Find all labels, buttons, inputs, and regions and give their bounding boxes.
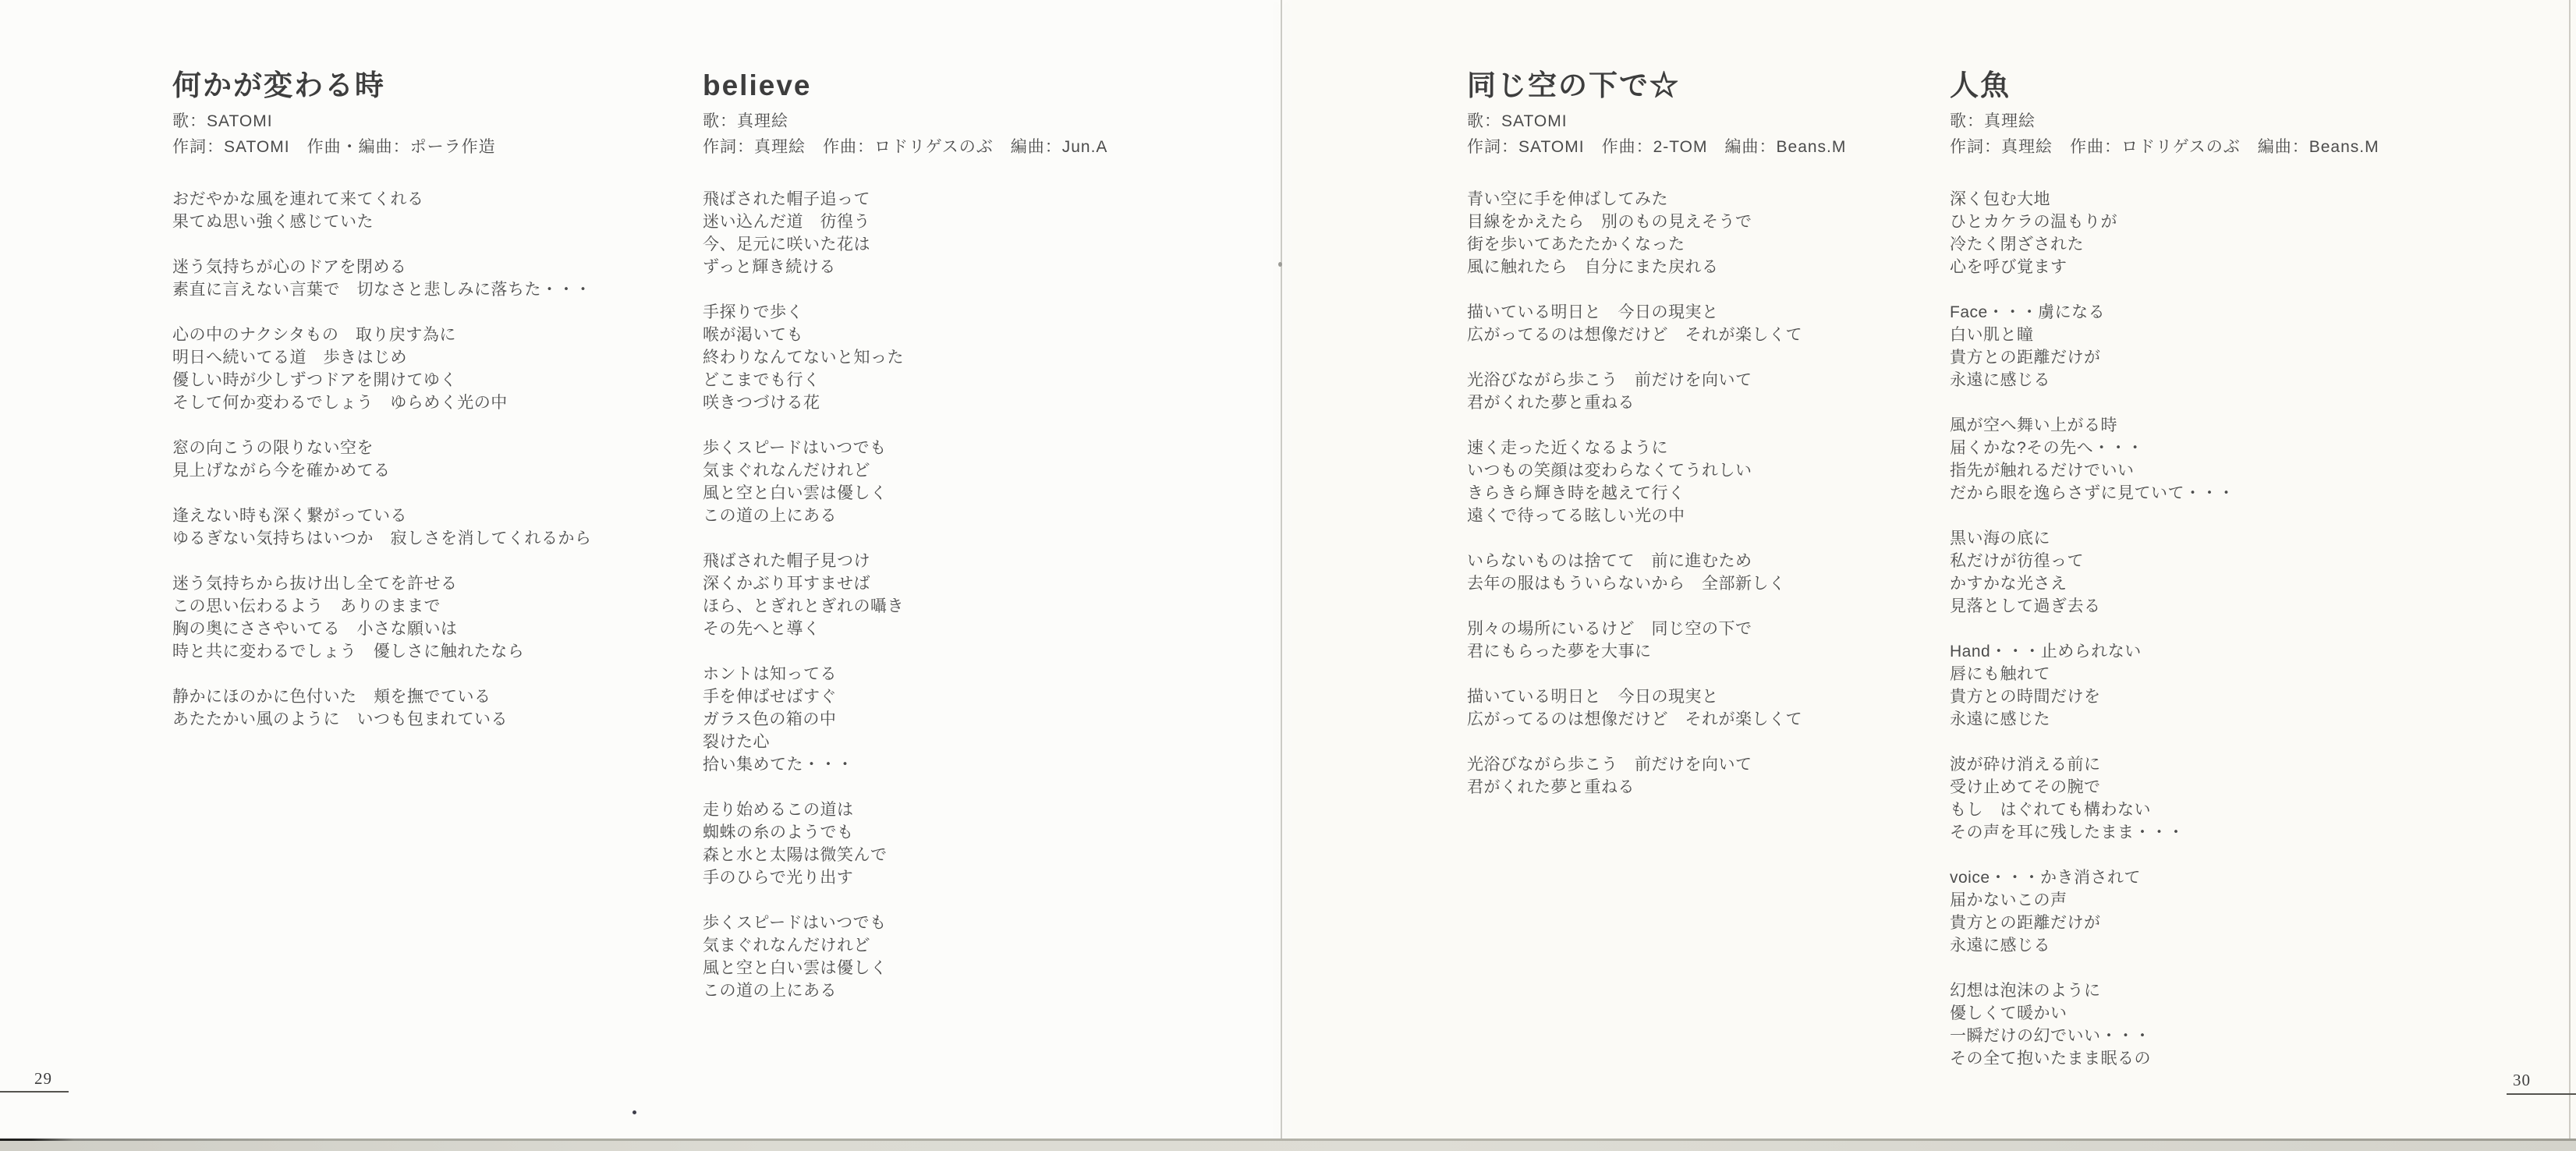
lyric-line: 君にもらった夢を大事に xyxy=(1467,640,1846,663)
lyric-line: 迷う気持ちが心のドアを閉める xyxy=(172,256,592,278)
lyric-line: だから眼を逸らさずに見ていて・・・ xyxy=(1950,482,2379,505)
lyric-stanza: 光浴びながら歩こう 前だけを向いて君がくれた夢と重ねる xyxy=(1467,369,1846,414)
lyric-line: 飛ばされた帽子追って xyxy=(703,188,1107,211)
lyric-line: きらきら輝き時を越えて行く xyxy=(1467,482,1846,505)
lyric-stanza: 逢えない時も深く繋がっているゆるぎない気持ちはいつか 寂しさを消してくれるから xyxy=(172,505,592,550)
lyric-line: そして何か変わるでしょう ゆらめく光の中 xyxy=(172,391,592,414)
lyric-line: 深くかぶり耳すませば xyxy=(703,572,1107,595)
song-column-believe: believe 歌：真理絵 作詞：真理絵 作曲：ロドリゲスのぶ 編曲：Jun.A… xyxy=(703,69,1107,1002)
lyric-line: その先へと導く xyxy=(703,618,1107,640)
lyric-line: 気まぐれなんだけれど xyxy=(703,459,1107,482)
lyric-line: 手探りで歩く xyxy=(703,301,1107,324)
song-lyrics: 青い空に手を伸ばしてみた目線をかえたら 別のもの見えそうで街を歩いてあたたかくな… xyxy=(1467,188,1846,799)
page-number-rule-right xyxy=(2507,1093,2576,1095)
lyric-line: 君がくれた夢と重ねる xyxy=(1467,391,1846,414)
lyric-line: 遠くで待ってる眩しい光の中 xyxy=(1467,505,1846,527)
song-column-onaji-sora-no-shita-de: 同じ空の下で☆ 歌：SATOMI 作詞：SATOMI 作曲：2-TOM 編曲：B… xyxy=(1467,69,1846,799)
lyric-line: 届くかな?その先へ・・・ xyxy=(1950,437,2379,459)
lyric-stanza: 飛ばされた帽子見つけ深くかぶり耳すませばほら、とぎれとぎれの囁きその先へと導く xyxy=(703,550,1107,640)
lyric-line: 喉が渇いても xyxy=(703,324,1107,346)
lyric-line: 明日へ続いてる道 歩きはじめ xyxy=(172,346,592,369)
booklet-spread: 何かが変わる時 歌：SATOMI 作詞：SATOMI 作曲・編曲：ポーラ作造 お… xyxy=(0,0,2576,1151)
lyric-line: 果てぬ思い強く感じていた xyxy=(172,211,592,233)
lyric-line: ガラス色の箱の中 xyxy=(703,708,1107,731)
song-writer-credit: 作詞：SATOMI 作曲：2-TOM 編曲：Beans.M xyxy=(1467,137,1846,157)
page-number-rule-left xyxy=(0,1091,69,1093)
lyric-stanza: おだやかな風を連れて来てくれる果てぬ思い強く感じていた xyxy=(172,188,592,233)
lyric-line: 見上げながら今を確かめてる xyxy=(172,459,592,482)
lyric-stanza: 別々の場所にいるけど 同じ空の下で君にもらった夢を大事に xyxy=(1467,618,1846,663)
song-title: 同じ空の下で☆ xyxy=(1467,69,1846,103)
lyric-stanza: Face・・・虜になる白い肌と瞳貴方との距離だけが永遠に感じる xyxy=(1950,301,2379,391)
song-writer-credit: 作詞：SATOMI 作曲・編曲：ポーラ作造 xyxy=(172,137,592,157)
song-column-ningyo: 人魚 歌：真理絵 作詞：真理絵 作曲：ロドリゲスのぶ 編曲：Beans.M 深く… xyxy=(1950,69,2379,1070)
lyric-line: 光浴びながら歩こう 前だけを向いて xyxy=(1467,753,1846,776)
lyric-line: 目線をかえたら 別のもの見えそうで xyxy=(1467,211,1846,233)
lyric-line: 歩くスピードはいつでも xyxy=(703,912,1107,934)
lyric-stanza: 窓の向こうの限りない空を見上げながら今を確かめてる xyxy=(172,437,592,482)
lyric-line: 描いている明日と 今日の現実と xyxy=(1467,685,1846,708)
lyric-line: 指先が触れるだけでいい xyxy=(1950,459,2379,482)
lyric-stanza: 歩くスピードはいつでも気まぐれなんだけれど風と空と白い雲は優しくこの道の上にある xyxy=(703,437,1107,527)
lyric-line: おだやかな風を連れて来てくれる xyxy=(172,188,592,211)
page-number-right: 30 xyxy=(2513,1071,2531,1090)
lyric-line: もし はぐれても構わない xyxy=(1950,799,2379,821)
lyric-line: あたたかい風のように いつも包まれている xyxy=(172,708,592,731)
song-lyrics: 深く包む大地ひとカケラの温もりが冷たく閉ざされた心を呼び覚ますFace・・・虜に… xyxy=(1950,188,2379,1070)
lyric-line: 貴方との距離だけが xyxy=(1950,912,2379,934)
song-writer-credit: 作詞：真理絵 作曲：ロドリゲスのぶ 編曲：Beans.M xyxy=(1950,137,2379,157)
lyric-line: 光浴びながら歩こう 前だけを向いて xyxy=(1467,369,1846,391)
lyric-line: 今、足元に咲いた花は xyxy=(703,233,1107,256)
lyric-line: 街を歩いてあたたかくなった xyxy=(1467,233,1846,256)
lyric-line: 一瞬だけの幻でいい・・・ xyxy=(1950,1025,2379,1047)
song-title: 人魚 xyxy=(1950,69,2379,103)
lyric-line: 飛ばされた帽子見つけ xyxy=(703,550,1107,572)
lyric-line: 広がってるのは想像だけど それが楽しくて xyxy=(1467,324,1846,346)
lyric-line: ゆるぎない気持ちはいつか 寂しさを消してくれるから xyxy=(172,527,592,550)
song-vocal-credit: 歌：真理絵 xyxy=(703,112,1107,131)
song-title: believe xyxy=(703,69,1107,103)
lyric-line: 迷い込んだ道 彷徨う xyxy=(703,211,1107,233)
lyric-stanza: 手探りで歩く喉が渇いても終わりなんてないと知ったどこまでも行く咲きつづける花 xyxy=(703,301,1107,414)
lyric-line: この思い伝わるよう ありのままで xyxy=(172,595,592,618)
scan-speck xyxy=(632,1110,636,1114)
lyric-line: ずっと輝き続ける xyxy=(703,256,1107,278)
lyric-line: 心を呼び覚ます xyxy=(1950,256,2379,278)
lyric-line: 見落として過ぎ去る xyxy=(1950,595,2379,618)
lyric-line: 静かにほのかに色付いた 頬を撫でている xyxy=(172,685,592,708)
lyric-line: 拾い集めてた・・・ xyxy=(703,753,1107,776)
lyric-line: voice・・・かき消されて xyxy=(1950,866,2379,889)
lyric-line: かすかな光さえ xyxy=(1950,572,2379,595)
lyric-stanza: 速く走った近くなるようにいつもの笑顔は変わらなくてうれしいきらきら輝き時を越えて… xyxy=(1467,437,1846,527)
lyric-stanza: 迷う気持ちから抜け出し全てを許せるこの思い伝わるよう ありのままで胸の奥にささや… xyxy=(172,572,592,663)
page-number-left: 29 xyxy=(34,1069,52,1089)
lyric-line: この道の上にある xyxy=(703,979,1107,1002)
lyric-line: 貴方との時間だけを xyxy=(1950,685,2379,708)
song-column-nanika-ga-kawaru-toki: 何かが変わる時 歌：SATOMI 作詞：SATOMI 作曲・編曲：ポーラ作造 お… xyxy=(172,69,592,731)
lyric-line: その全て抱いたまま眠るの xyxy=(1950,1047,2379,1070)
lyric-line: 描いている明日と 今日の現実と xyxy=(1467,301,1846,324)
lyric-line: 蜘蛛の糸のようでも xyxy=(703,821,1107,844)
song-lyrics: 飛ばされた帽子追って迷い込んだ道 彷徨う今、足元に咲いた花はずっと輝き続ける手探… xyxy=(703,188,1107,1002)
lyric-line: Hand・・・止められない xyxy=(1950,640,2379,663)
lyric-stanza: 静かにほのかに色付いた 頬を撫でているあたたかい風のように いつも包まれている xyxy=(172,685,592,731)
lyric-line: 白い肌と瞳 xyxy=(1950,324,2379,346)
lyric-stanza: 波が砕け消える前に受け止めてその腕でもし はぐれても構わないその声を耳に残したま… xyxy=(1950,753,2379,844)
lyric-line: 幻想は泡沫のように xyxy=(1950,979,2379,1002)
lyric-line: 走り始めるこの道は xyxy=(703,799,1107,821)
lyric-line: 窓の向こうの限りない空を xyxy=(172,437,592,459)
lyric-line: ひとカケラの温もりが xyxy=(1950,211,2379,233)
lyric-line: 素直に言えない言葉で 切なさと悲しみに落ちた・・・ xyxy=(172,278,592,301)
lyric-line: 心の中のナクシタもの 取り戻す為に xyxy=(172,324,592,346)
lyric-line: 森と水と太陽は微笑んで xyxy=(703,844,1107,866)
lyric-stanza: 青い空に手を伸ばしてみた目線をかえたら 別のもの見えそうで街を歩いてあたたかくな… xyxy=(1467,188,1846,278)
lyric-line: 永遠に感じた xyxy=(1950,708,2379,731)
lyric-stanza: いらないものは捨てて 前に進むため去年の服はもういらないから 全部新しく xyxy=(1467,550,1846,595)
lyric-line: いつもの笑顔は変わらなくてうれしい xyxy=(1467,459,1846,482)
page-right-edge-line xyxy=(2569,0,2571,1151)
lyric-line: 風と空と白い雲は優しく xyxy=(703,957,1107,979)
song-writer-credit: 作詞：真理絵 作曲：ロドリゲスのぶ 編曲：Jun.A xyxy=(703,137,1107,157)
lyric-line: 永遠に感じる xyxy=(1950,934,2379,957)
lyric-stanza: 飛ばされた帽子追って迷い込んだ道 彷徨う今、足元に咲いた花はずっと輝き続ける xyxy=(703,188,1107,278)
lyric-line: 永遠に感じる xyxy=(1950,369,2379,391)
lyric-line: 君がくれた夢と重ねる xyxy=(1467,776,1846,799)
lyric-line: 広がってるのは想像だけど それが楽しくて xyxy=(1467,708,1846,731)
lyric-line: 咲きつづける花 xyxy=(703,391,1107,414)
lyric-stanza: 黒い海の底に私だけが彷徨ってかすかな光さえ見落として過ぎ去る xyxy=(1950,527,2379,618)
lyric-line: 冷たく閉ざされた xyxy=(1950,233,2379,256)
song-vocal-credit: 歌：SATOMI xyxy=(1467,112,1846,131)
lyric-stanza: 風が空へ舞い上がる時届くかな?その先へ・・・指先が触れるだけでいいだから眼を逸ら… xyxy=(1950,414,2379,505)
scan-speck xyxy=(1278,262,1282,267)
scan-bottom-band xyxy=(0,1141,2576,1151)
lyric-line: 優しい時が少しずつドアを開けてゆく xyxy=(172,369,592,391)
lyric-line: 受け止めてその腕で xyxy=(1950,776,2379,799)
lyric-stanza: 歩くスピードはいつでも気まぐれなんだけれど風と空と白い雲は優しくこの道の上にある xyxy=(703,912,1107,1002)
lyric-line: この道の上にある xyxy=(703,505,1107,527)
lyric-line: 優しくて暖かい xyxy=(1950,1002,2379,1025)
lyric-stanza: 幻想は泡沫のように優しくて暖かい一瞬だけの幻でいい・・・その全て抱いたまま眠るの xyxy=(1950,979,2379,1070)
lyric-line: ホントは知ってる xyxy=(703,663,1107,685)
lyric-line: 逢えない時も深く繋がっている xyxy=(172,505,592,527)
lyric-line: 風に触れたら 自分にまた戻れる xyxy=(1467,256,1846,278)
lyric-line: 速く走った近くなるように xyxy=(1467,437,1846,459)
lyric-line: 終わりなんてないと知った xyxy=(703,346,1107,369)
song-vocal-credit: 歌：SATOMI xyxy=(172,112,592,131)
lyric-stanza: voice・・・かき消されて届かないこの声貴方との距離だけが永遠に感じる xyxy=(1950,866,2379,957)
lyric-line: 黒い海の底に xyxy=(1950,527,2379,550)
lyric-line: 気まぐれなんだけれど xyxy=(703,934,1107,957)
lyric-line: 風が空へ舞い上がる時 xyxy=(1950,414,2379,437)
lyric-line: 青い空に手を伸ばしてみた xyxy=(1467,188,1846,211)
lyric-line: 風と空と白い雲は優しく xyxy=(703,482,1107,505)
lyric-stanza: 心の中のナクシタもの 取り戻す為に明日へ続いてる道 歩きはじめ優しい時が少しずつ… xyxy=(172,324,592,414)
lyric-line: 手を伸ばせばすぐ xyxy=(703,685,1107,708)
lyric-line: どこまでも行く xyxy=(703,369,1107,391)
lyric-line: 別々の場所にいるけど 同じ空の下で xyxy=(1467,618,1846,640)
lyric-line: 去年の服はもういらないから 全部新しく xyxy=(1467,572,1846,595)
lyric-line: 裂けた心 xyxy=(703,731,1107,753)
lyric-line: いらないものは捨てて 前に進むため xyxy=(1467,550,1846,572)
lyric-line: 胸の奥にささやいてる 小さな願いは xyxy=(172,618,592,640)
lyric-line: 歩くスピードはいつでも xyxy=(703,437,1107,459)
lyric-line: 届かないこの声 xyxy=(1950,889,2379,912)
lyric-line: 貴方との距離だけが xyxy=(1950,346,2379,369)
song-lyrics: おだやかな風を連れて来てくれる果てぬ思い強く感じていた迷う気持ちが心のドアを閉め… xyxy=(172,188,592,731)
lyric-line: 私だけが彷徨って xyxy=(1950,550,2379,572)
lyric-line: 迷う気持ちから抜け出し全てを許せる xyxy=(172,572,592,595)
song-title: 何かが変わる時 xyxy=(172,69,592,103)
lyric-line: 手のひらで光り出す xyxy=(703,866,1107,889)
page-fold-line xyxy=(1281,0,1282,1151)
lyric-line: Face・・・虜になる xyxy=(1950,301,2379,324)
song-vocal-credit: 歌：真理絵 xyxy=(1950,112,2379,131)
lyric-line: 時と共に変わるでしょう 優しさに触れたなら xyxy=(172,640,592,663)
lyric-stanza: ホントは知ってる手を伸ばせばすぐガラス色の箱の中裂けた心拾い集めてた・・・ xyxy=(703,663,1107,776)
lyric-line: 波が砕け消える前に xyxy=(1950,753,2379,776)
lyric-line: 唇にも触れて xyxy=(1950,663,2379,685)
lyric-stanza: 描いている明日と 今日の現実と広がってるのは想像だけど それが楽しくて xyxy=(1467,301,1846,346)
lyric-line: 深く包む大地 xyxy=(1950,188,2379,211)
lyric-stanza: 深く包む大地ひとカケラの温もりが冷たく閉ざされた心を呼び覚ます xyxy=(1950,188,2379,278)
lyric-line: ほら、とぎれとぎれの囁き xyxy=(703,595,1107,618)
lyric-stanza: Hand・・・止められない唇にも触れて貴方との時間だけを永遠に感じた xyxy=(1950,640,2379,731)
lyric-line: その声を耳に残したまま・・・ xyxy=(1950,821,2379,844)
lyric-stanza: 走り始めるこの道は蜘蛛の糸のようでも森と水と太陽は微笑んで手のひらで光り出す xyxy=(703,799,1107,889)
lyric-stanza: 迷う気持ちが心のドアを閉める素直に言えない言葉で 切なさと悲しみに落ちた・・・ xyxy=(172,256,592,301)
lyric-stanza: 光浴びながら歩こう 前だけを向いて君がくれた夢と重ねる xyxy=(1467,753,1846,799)
lyric-stanza: 描いている明日と 今日の現実と広がってるのは想像だけど それが楽しくて xyxy=(1467,685,1846,731)
